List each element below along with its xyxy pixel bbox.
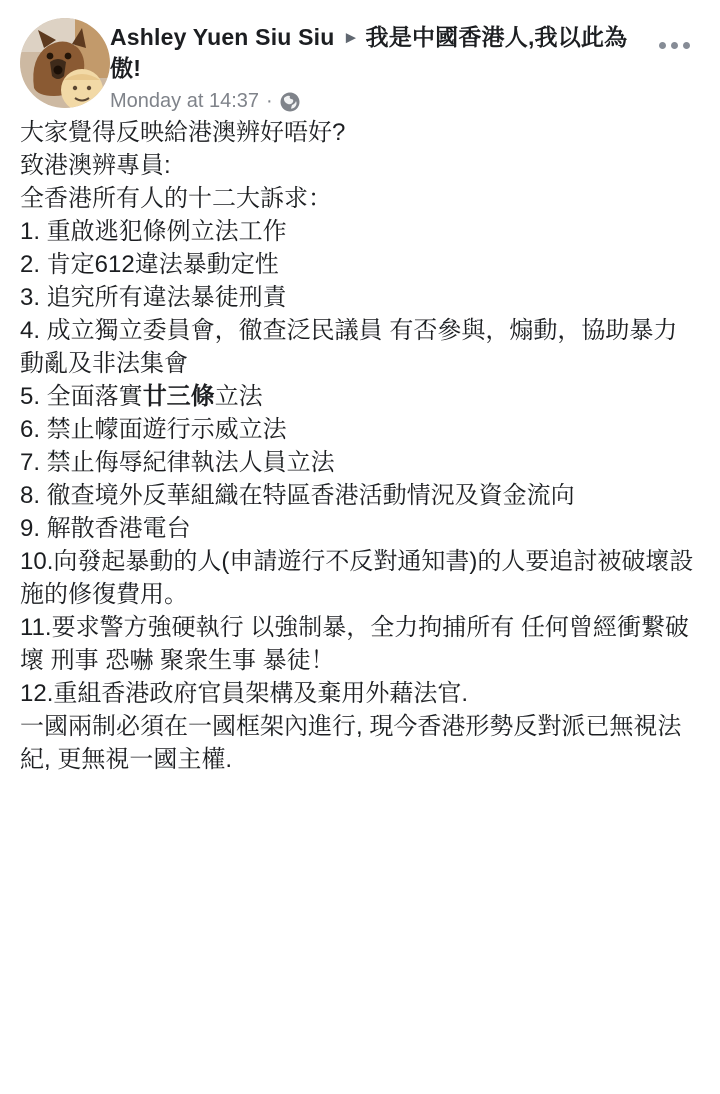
post-demand-12: 12.重組香港政府官員架構及棄用外藉法官. xyxy=(20,677,700,710)
post-paragraph-salutation: 致港澳辨專員: xyxy=(20,149,700,182)
privacy-globe-icon xyxy=(280,92,300,112)
author-name[interactable]: Ashley Yuen Siu Siu xyxy=(110,24,335,50)
post-demand-9: 9. 解散香港電台 xyxy=(20,512,700,545)
post-paragraph-closing: 一國兩制必須在一國框架內進行, 現今香港形勢反對派已無視法紀, 更無視一國主權. xyxy=(20,710,700,776)
facebook-post: { "header": { "author": "Ashley Yuen Siu… xyxy=(0,0,720,1094)
post-paragraph-demands-title: 全香港所有人的十二大訴求： xyxy=(20,182,700,215)
post-demand-5: 5. 全面落實廿三條立法 xyxy=(20,380,700,413)
post-demand-11: 11.要求警方強硬執行 以強制暴，全力拘捕所有 任何曾經衝繋破壞 刑事 恐嚇 聚… xyxy=(20,611,700,677)
post-title: Ashley Yuen Siu Siu►我是中國香港人,我以此為傲! xyxy=(110,22,650,84)
post-content: 大家覺得反映給港澳辨好唔好? 致港澳辨專員: 全香港所有人的十二大訴求： 1. … xyxy=(0,116,720,776)
post-demand-7: 7. 禁止侮辱紀律執法人員立法 xyxy=(20,446,700,479)
dog-photo-icon xyxy=(20,18,110,108)
post-timestamp[interactable]: Monday at 14:37 xyxy=(110,90,259,113)
ellipsis-dot xyxy=(683,42,690,49)
post-demand-3: 3. 追究所有違法暴徒刑責 xyxy=(20,281,700,314)
post-paragraph-intro: 大家覺得反映給港澳辨好唔好? xyxy=(20,116,700,149)
demand-5-bold: 廿三條 xyxy=(143,383,215,410)
demand-5-suffix: 立法 xyxy=(215,383,263,410)
post-demand-10: 10.向發起暴動的人(申請遊行不反對通知書)的人要追討被破壞設施的修復費用。 xyxy=(20,545,700,611)
shared-to-arrow-icon: ► xyxy=(335,28,366,47)
post-demand-4: 4. 成立獨立委員會，徹查泛民議員 有否參與，煽動，協助暴力動亂及非法集會 xyxy=(20,314,700,380)
post-demand-1: 1. 重啟逃犯條例立法工作 xyxy=(20,215,700,248)
meta-separator: · xyxy=(266,90,273,113)
ellipsis-dot xyxy=(671,42,678,49)
post-demand-6: 6. 禁止幪面遊行示威立法 xyxy=(20,413,700,446)
demand-5-prefix: 5. 全面落實 xyxy=(20,383,143,410)
ellipsis-dot xyxy=(659,42,666,49)
author-avatar[interactable] xyxy=(20,18,110,108)
post-demand-2: 2. 肯定612違法暴動定性 xyxy=(20,248,700,281)
more-options-button[interactable] xyxy=(655,34,694,57)
post-meta: Monday at 14:37 · xyxy=(110,90,650,113)
post-demand-8: 8. 徹查境外反華組織在特區香港活動情況及資金流向 xyxy=(20,479,700,512)
post-header: Ashley Yuen Siu Siu►我是中國香港人,我以此為傲! Monda… xyxy=(0,0,720,116)
